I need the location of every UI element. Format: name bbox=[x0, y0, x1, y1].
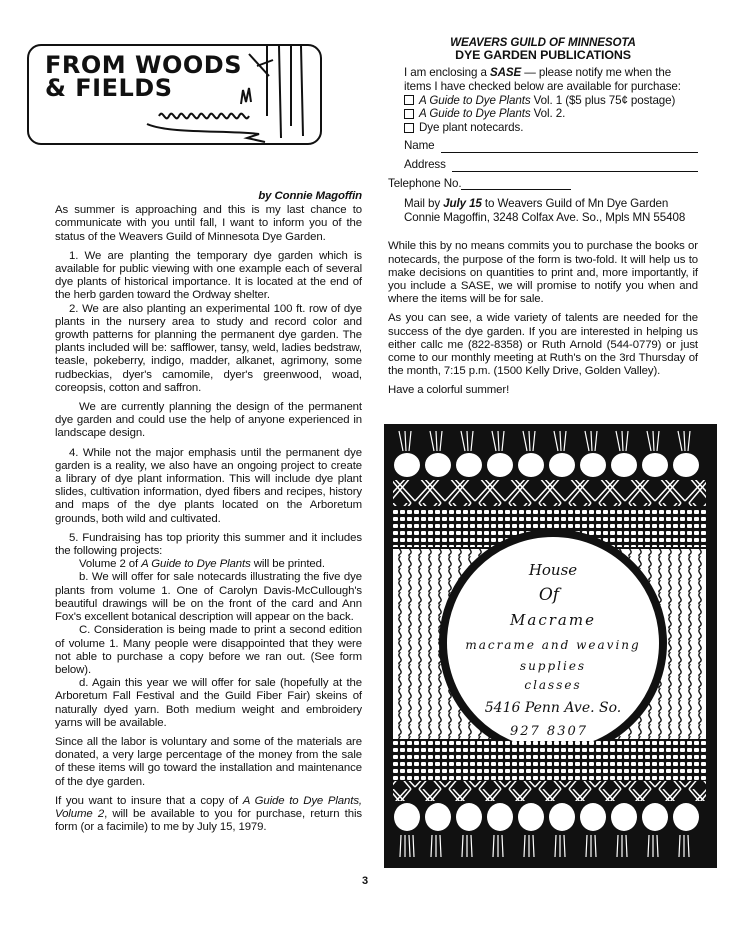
text: Vol. 2. bbox=[531, 107, 566, 120]
right-paragraph-2: As you can see, a wide variety of talent… bbox=[388, 312, 698, 378]
macrame-pattern-icon: House Of Macrame macrame and weaving sup… bbox=[385, 425, 716, 867]
macrame-advertisement: House Of Macrame macrame and weaving sup… bbox=[384, 424, 717, 868]
telephone-input-line[interactable] bbox=[461, 179, 571, 190]
right-paragraph-3: Have a colorful summer! bbox=[388, 384, 698, 397]
telephone-label: Telephone No. bbox=[388, 177, 461, 191]
sase-label: SASE bbox=[490, 66, 521, 79]
text: Volume 2 of bbox=[79, 558, 141, 570]
ad-line-6: classes bbox=[524, 678, 581, 692]
name-field[interactable]: Name bbox=[404, 139, 698, 153]
name-input-line[interactable] bbox=[441, 142, 698, 153]
text: Dye plant notecards. bbox=[419, 121, 523, 135]
column-logo: FROM WOODS & FIELDS bbox=[27, 44, 322, 145]
article-item-4: 4. While not the major emphasis until th… bbox=[55, 447, 362, 526]
article-left-column: by Connie Magoffin As summer is approach… bbox=[55, 190, 362, 834]
article-item-5d: d. Again this year we will offer for sal… bbox=[55, 677, 362, 730]
checkbox-guide-vol-1[interactable]: A Guide to Dye Plants Vol. 1 ($5 plus 75… bbox=[404, 94, 698, 108]
text: If you want to insure that a copy of bbox=[55, 795, 243, 807]
text: to Weavers Guild of Mn Dye Garden bbox=[482, 197, 668, 210]
text: Mail by bbox=[404, 197, 443, 210]
book-title: A Guide to Dye Plants bbox=[419, 94, 531, 107]
article-closing-2: If you want to insure that a copy of A G… bbox=[55, 795, 362, 835]
checkbox-notecards[interactable]: Dye plant notecards. bbox=[404, 121, 698, 135]
article-item-5b: b. We will offer for sale notecards illu… bbox=[55, 571, 362, 624]
woods-illustration-icon bbox=[29, 46, 320, 143]
article-byline: by Connie Magoffin bbox=[55, 190, 362, 203]
mail-instructions: Mail by July 15 to Weavers Guild of Mn D… bbox=[404, 197, 698, 211]
order-form: I am enclosing a SASE — please notify me… bbox=[388, 66, 698, 224]
checkbox-guide-vol-2[interactable]: A Guide to Dye Plants Vol. 2. bbox=[404, 107, 698, 121]
address-label: Address bbox=[404, 158, 446, 172]
article-item-5c: C. Consideration is being made to print … bbox=[55, 624, 362, 677]
ad-line-4: macrame and weaving bbox=[465, 638, 640, 652]
article-intro: As summer is approaching and this is my … bbox=[55, 204, 362, 244]
article-closing-1: Since all the labor is voluntary and som… bbox=[55, 736, 362, 789]
ad-line-7: 5416 Penn Ave. So. bbox=[485, 700, 622, 716]
ad-line-8: 927 8307 bbox=[510, 724, 588, 739]
article-item-1: 1. We are planting the temporary dye gar… bbox=[55, 250, 362, 303]
text: will be printed. bbox=[251, 558, 325, 570]
article-item-2: 2. We are also planting an experimental … bbox=[55, 303, 362, 395]
form-intro: I am enclosing a SASE — please notify me… bbox=[404, 66, 698, 93]
mail-address: Connie Magoffin, 3248 Colfax Ave. So., M… bbox=[404, 211, 698, 225]
book-title: A Guide to Dye Plants bbox=[419, 107, 531, 120]
book-title: A Guide to Dye Plants bbox=[141, 558, 251, 570]
text: I am enclosing a bbox=[404, 66, 490, 79]
ad-line-1: House bbox=[528, 561, 577, 579]
form-title: DYE GARDEN PUBLICATIONS bbox=[388, 49, 698, 62]
right-paragraph-1: While this by no means commits you to pu… bbox=[388, 240, 698, 306]
article-item-5a: Volume 2 of A Guide to Dye Plants will b… bbox=[55, 558, 362, 571]
deadline: July 15 bbox=[443, 197, 482, 210]
checkbox-icon[interactable] bbox=[404, 95, 414, 105]
checkbox-icon[interactable] bbox=[404, 123, 414, 133]
ad-line-2: Of bbox=[539, 585, 562, 605]
address-field[interactable]: Address bbox=[404, 158, 698, 172]
article-item-5: 5. Fundraising has top priority this sum… bbox=[55, 532, 362, 558]
name-label: Name bbox=[404, 139, 435, 153]
telephone-field[interactable]: Telephone No. bbox=[388, 177, 698, 191]
text: Vol. 1 ($5 plus 75¢ postage) bbox=[531, 94, 676, 107]
ad-line-5: supplies bbox=[520, 659, 586, 673]
ad-line-3: Macrame bbox=[509, 611, 596, 629]
page-number: 3 bbox=[362, 875, 368, 887]
article-item-3: We are currently planning the design of … bbox=[55, 401, 362, 441]
address-input-line[interactable] bbox=[452, 161, 698, 172]
checkbox-icon[interactable] bbox=[404, 109, 414, 119]
right-column: WEAVERS GUILD OF MINNESOTA DYE GARDEN PU… bbox=[388, 36, 698, 398]
